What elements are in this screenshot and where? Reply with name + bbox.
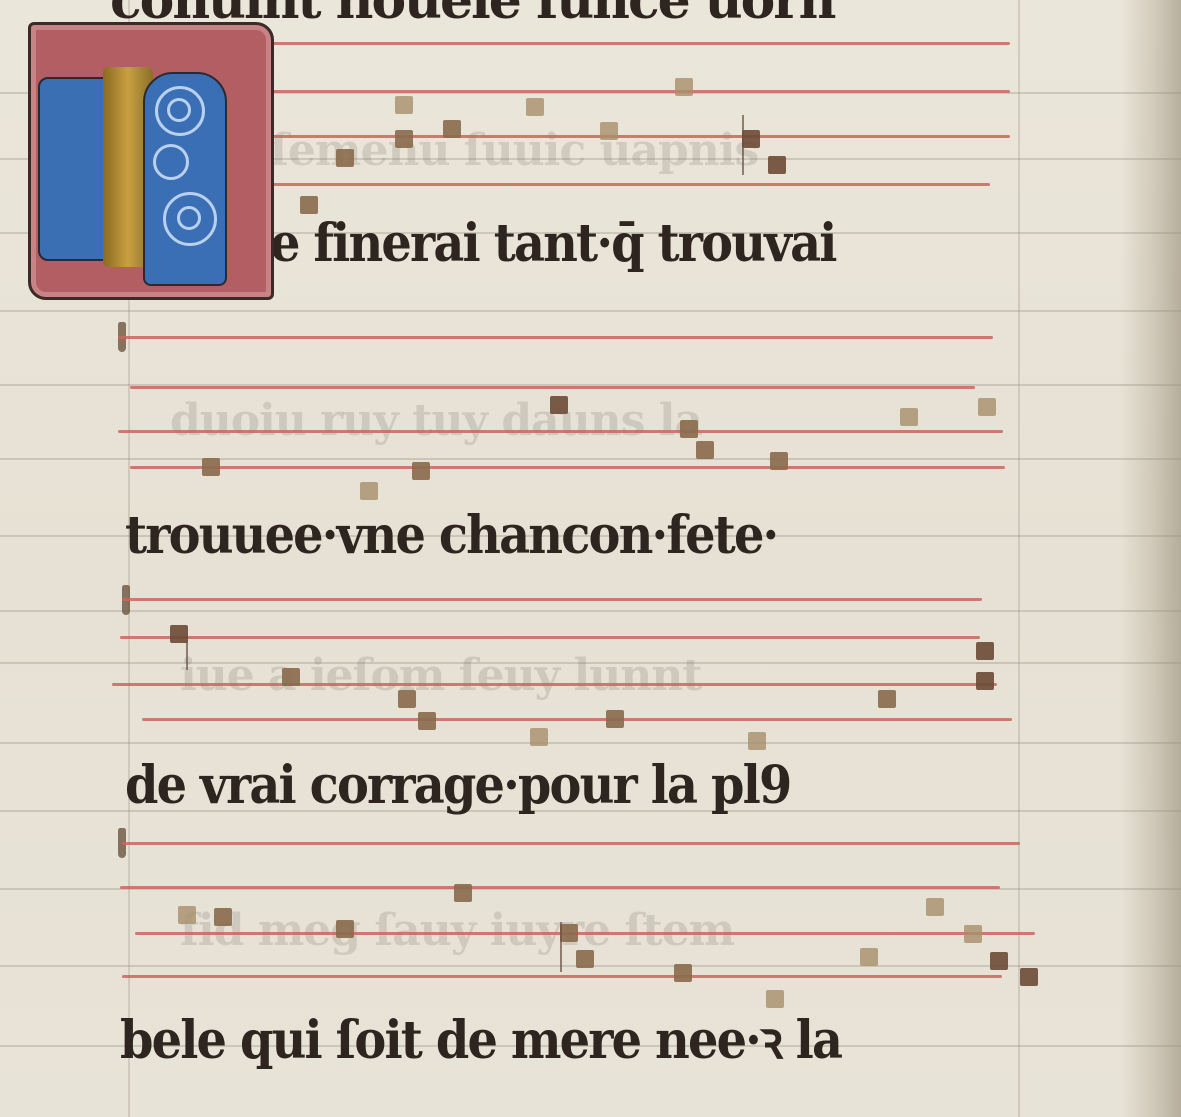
note-stem	[742, 115, 744, 175]
note	[214, 908, 232, 926]
note	[878, 690, 896, 708]
note	[526, 98, 544, 116]
filigree-swirl-icon	[153, 144, 189, 180]
staff-line	[130, 466, 1005, 469]
note	[926, 898, 944, 916]
note	[412, 462, 430, 480]
ruling-line	[0, 310, 1181, 312]
show-through-text: fid meg ſauy iuyre ſtem	[180, 905, 734, 956]
staff-line	[265, 90, 1010, 93]
staff-line	[122, 842, 1020, 845]
note	[606, 710, 624, 728]
staff-line	[118, 336, 993, 339]
note	[550, 396, 568, 414]
lyric-line-3: de vrai corrage·pour la pl9	[125, 760, 790, 812]
note	[600, 122, 618, 140]
filigree-swirl-icon	[177, 206, 201, 230]
note	[336, 920, 354, 938]
note	[964, 925, 982, 943]
staff-line	[265, 135, 1010, 138]
note	[576, 950, 594, 968]
note-stem	[186, 640, 188, 670]
staff-line	[120, 636, 980, 639]
note	[742, 130, 760, 148]
note	[530, 728, 548, 746]
note	[976, 672, 994, 690]
note	[395, 96, 413, 114]
staff-line	[112, 683, 997, 686]
margin-rule	[1018, 0, 1020, 1117]
lyric-line-1: e finerai tant·q̄ trouvai	[270, 218, 836, 270]
note	[336, 149, 354, 167]
ruling-line	[0, 742, 1181, 744]
note	[560, 924, 578, 942]
note	[860, 948, 878, 966]
staff-line	[118, 430, 1003, 433]
staff-line	[120, 886, 1000, 889]
note	[1020, 968, 1038, 986]
note	[766, 990, 784, 1008]
note	[976, 642, 994, 660]
note	[674, 964, 692, 982]
filigree-swirl-icon	[167, 98, 191, 122]
show-through-text: duoiu ruy tuy dauns la	[170, 395, 702, 446]
manuscript-page: ſemenu ſuuic uapnis duoiu ruy tuy dauns …	[0, 0, 1181, 1117]
note	[360, 482, 378, 500]
lyric-line-4: bele qui ſoit de mere nee·ꝛ la	[120, 1015, 841, 1067]
note	[178, 906, 196, 924]
note	[768, 156, 786, 174]
note	[680, 420, 698, 438]
note	[202, 458, 220, 476]
show-through-text: iue a ieſom ſeuy lunnt	[180, 650, 702, 701]
staff-line	[122, 598, 982, 601]
ruling-line	[0, 610, 1181, 612]
staff-line	[142, 718, 1012, 721]
note	[978, 398, 996, 416]
illuminated-initial	[8, 22, 270, 302]
staff-line	[135, 932, 1035, 935]
note	[675, 78, 693, 96]
note	[300, 196, 318, 214]
staff-line	[265, 183, 990, 186]
note	[748, 732, 766, 750]
lyric-line-2: trouuee·vne chancon·fete·	[125, 510, 777, 562]
note	[418, 712, 436, 730]
note	[900, 408, 918, 426]
note	[454, 884, 472, 902]
staff-line	[265, 42, 1010, 45]
staff-line	[130, 386, 975, 389]
note	[443, 120, 461, 138]
note	[282, 668, 300, 686]
note-stem	[560, 922, 562, 972]
initial-blue-stroke	[38, 77, 112, 261]
note	[696, 441, 714, 459]
staff-line	[122, 975, 1002, 978]
note	[398, 690, 416, 708]
note	[395, 130, 413, 148]
note	[990, 952, 1008, 970]
note	[770, 452, 788, 470]
initial-blue-bowl	[143, 72, 227, 286]
ruling-line	[0, 458, 1181, 460]
